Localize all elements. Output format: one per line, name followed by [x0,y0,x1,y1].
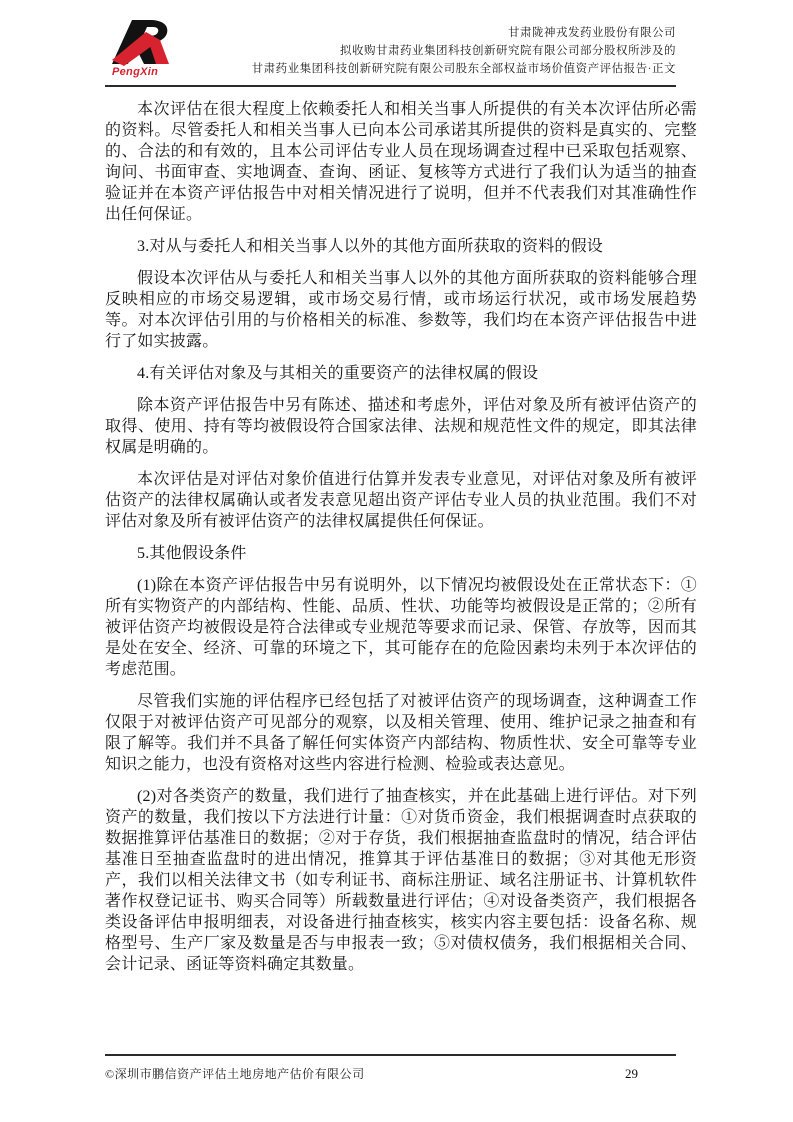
section-heading: 3.对从与委托人和相关当事人以外的其他方面所获取的资料的假设 [105,236,697,257]
body-paragraph: 除本资产评估报告中另有陈述、描述和考虑外，评估对象及所有被评估资产的取得、使用、… [105,395,697,458]
footer-divider [105,1054,676,1056]
pengxin-logo: PengXin [112,20,172,78]
section-heading: 5.其他假设条件 [105,543,697,564]
section-heading: 4.有关评估对象及与其相关的重要资产的法律权属的假设 [105,363,697,384]
page-number: 29 [625,1066,638,1082]
report-header: 甘肃陇神戎发药业股份有限公司 拟收购甘肃药业集团科技创新研究院有限公司部分股权所… [180,24,676,78]
body-paragraph: (1)除在本资产评估报告中另有说明外，以下情况均被假设处在正常状态下：①所有实物… [105,575,697,680]
header-line-company: 甘肃陇神戎发药业股份有限公司 [180,24,676,42]
document-body: 本次评估在很大程度上依赖委托人和相关当事人所提供的有关本次评估所必需的资料。尽管… [105,99,697,986]
report-footer: ©深圳市鹏信资产评估土地房地产估价有限公司 29 [105,1066,676,1082]
body-paragraph: (2)对各类资产的数量，我们进行了抽查核实，并在此基础上进行评估。对下列资产的数… [105,786,697,975]
body-paragraph: 本次评估在很大程度上依赖委托人和相关当事人所提供的有关本次评估所必需的资料。尽管… [105,99,697,225]
header-divider [105,85,676,87]
footer-copyright: ©深圳市鹏信资产评估土地房地产估价有限公司 [105,1066,365,1082]
body-paragraph: 本次评估是对评估对象价值进行估算并发表专业意见，对评估对象及所有被评估资产的法律… [105,469,697,532]
header-line-transaction: 拟收购甘肃药业集团科技创新研究院有限公司部分股权所涉及的 [180,42,676,60]
pengxin-wordmark: PengXin [112,67,158,78]
header-line-report-title: 甘肃药业集团科技创新研究院有限公司股东全部权益市场价值资产评估报告·正文 [180,60,676,78]
body-paragraph: 假设本次评估从与委托人和相关当事人以外的其他方面所获取的资料能够合理反映相应的市… [105,268,697,352]
report-page: PengXin 甘肃陇神戎发药业股份有限公司 拟收购甘肃药业集团科技创新研究院有… [0,0,793,1122]
pengxin-r-mark-icon [112,20,170,66]
body-paragraph: 尽管我们实施的评估程序已经包括了对被评估资产的现场调查，这种调查工作仅限于对被评… [105,691,697,775]
